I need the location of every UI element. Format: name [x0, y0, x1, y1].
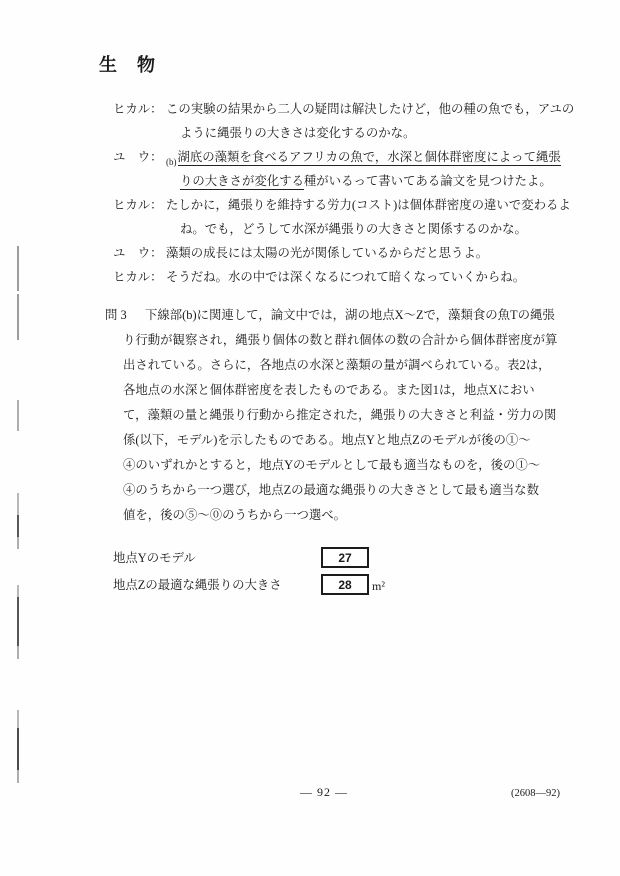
dialogue-line: りの大きさが変化する種がいるって書いてある論文を見つけたよ。	[0, 169, 620, 193]
question-text: 各地点の水深と個体群密度を表したものである。また図1は，地点Xにおい	[123, 383, 535, 397]
scan-artifact	[17, 646, 19, 659]
question-line: 出されている。さらに，各地点の水深と藻類の量が調べられている。表2は，	[0, 353, 620, 378]
dialogue-text: この実験の結果から二人の疑問は解決したけど，他の種の魚でも，アユの	[166, 102, 574, 116]
speaker-label: ユ ウ：	[113, 241, 166, 265]
answer-row-y-model: 地点Yのモデル 27	[0, 547, 620, 569]
dialogue-text: 藻類の成長には太陽の光が関係しているからだと思うよ。	[166, 246, 488, 260]
dialogue-section: ヒカル：この実験の結果から二人の疑問は解決したけど，他の種の魚でも，アユの よう…	[0, 97, 620, 289]
answer-number-box: 27	[321, 547, 369, 568]
speaker-label: ヒカル：	[113, 97, 166, 121]
question-line: て，藻類の量と縄張り行動から推定された，縄張りの大きさと利益・労力の関	[0, 403, 620, 428]
question-text: り行動が観察され，縄張り個体の数と群れ個体の数の合計から個体群密度が算	[123, 333, 557, 347]
scan-artifact	[17, 585, 19, 597]
question-text: 値を，後の⑤～⓪のうちから一つ選べ。	[123, 508, 346, 522]
scan-artifact	[17, 515, 19, 537]
question-line: り行動が観察され，縄張り個体の数と群れ個体の数の合計から個体群密度が算	[0, 328, 620, 353]
answer-label: 地点Yのモデル	[113, 547, 196, 569]
dialogue-line: ヒカル：そうだね。水の中では深くなるにつれて暗くなっていくからね。	[0, 265, 620, 289]
question-line: 問 3下線部(b)に関連して，論文中では，湖の地点X～Zで，藻類食の魚Tの縄張	[0, 303, 620, 328]
scan-artifact	[17, 770, 19, 783]
question-text: ④のうちから一つ選び，地点Zの最適な縄張りの大きさとして最も適当な数	[123, 483, 539, 497]
underlined-text: りの大きさが変化する	[180, 174, 304, 190]
question-line: 各地点の水深と個体群密度を表したものである。また図1は，地点Xにおい	[0, 378, 620, 403]
scan-artifact	[17, 710, 19, 728]
question-3-section: 問 3下線部(b)に関連して，論文中では，湖の地点X～Zで，藻類食の魚Tの縄張 …	[0, 303, 620, 528]
page-title: 生 物	[99, 51, 156, 77]
dialogue-line: ように縄張りの大きさは変化するのかな。	[0, 121, 620, 145]
speaker-label: ヒカル：	[113, 193, 166, 217]
answer-number-box: 28	[321, 574, 369, 595]
scan-artifact	[17, 728, 19, 770]
question-number: 問 3	[105, 303, 145, 328]
question-text: 係(以下，モデル)を示したものである。地点Yと地点Zのモデルが後の①～	[123, 433, 531, 447]
document-code: (2608—92)	[511, 788, 560, 799]
exam-page: 生 物 ヒカル：この実験の結果から二人の疑問は解決したけど，他の種の魚でも，アユ…	[0, 0, 620, 876]
dialogue-text: ね。でも，どうして水深が縄張りの大きさと関係するのかな。	[180, 222, 527, 236]
dialogue-text: たしかに，縄張りを維持する労力(コスト)は個体群密度の違いで変わるよ	[166, 198, 571, 212]
underline-ref-b: (b)	[166, 157, 177, 167]
question-line: 係(以下，モデル)を示したものである。地点Yと地点Zのモデルが後の①～	[0, 428, 620, 453]
question-text: 下線部(b)に関連して，論文中では，湖の地点X～Zで，藻類食の魚Tの縄張	[145, 308, 555, 322]
page-number: — 92 —	[300, 785, 348, 800]
dialogue-text: そうだね。水の中では深くなるにつれて暗くなっていくからね。	[166, 270, 525, 284]
dialogue-line: ユ ウ：藻類の成長には太陽の光が関係しているからだと思うよ。	[0, 241, 620, 265]
question-line: ④のうちから一つ選び，地点Zの最適な縄張りの大きさとして最も適当な数	[0, 478, 620, 503]
scan-artifact	[17, 493, 19, 515]
dialogue-line: ヒカル：この実験の結果から二人の疑問は解決したけど，他の種の魚でも，アユの	[0, 97, 620, 121]
underlined-text: 湖底の藻類を食べるアフリカの魚で，水深と個体群密度によって縄張	[178, 150, 561, 166]
answer-label: 地点Zの最適な縄張りの大きさ	[113, 574, 282, 596]
dialogue-line: ヒカル：たしかに，縄張りを維持する労力(コスト)は個体群密度の違いで変わるよ	[0, 193, 620, 217]
scan-artifact	[17, 400, 19, 431]
question-line: ④のいずれかとすると，地点Yのモデルとして最も適当なものを，後の①～	[0, 453, 620, 478]
scan-artifact	[17, 597, 19, 646]
answer-row-z-territory-size: 地点Zの最適な縄張りの大きさ 28 m²	[0, 574, 620, 596]
question-text: ④のいずれかとすると，地点Yのモデルとして最も適当なものを，後の①～	[123, 458, 540, 472]
dialogue-text: ように縄張りの大きさは変化するのかな。	[180, 126, 415, 140]
question-text: て，藻類の量と縄張り行動から推定された，縄張りの大きさと利益・労力の関	[123, 408, 556, 422]
scan-artifact	[17, 537, 19, 549]
scan-artifact	[17, 246, 19, 291]
speaker-label: ユ ウ：	[113, 145, 166, 169]
dialogue-text: 種がいるって書いてある論文を見つけたよ。	[304, 174, 552, 188]
speaker-label: ヒカル：	[113, 265, 166, 289]
question-text: 出されている。さらに，各地点の水深と藻類の量が調べられている。表2は，	[123, 358, 550, 372]
dialogue-line: ね。でも，どうして水深が縄張りの大きさと関係するのかな。	[0, 217, 620, 241]
answer-unit: m²	[372, 574, 385, 598]
scan-artifact	[17, 294, 19, 340]
question-line: 値を，後の⑤～⓪のうちから一つ選べ。	[0, 503, 620, 528]
dialogue-line: ユ ウ：(b)湖底の藻類を食べるアフリカの魚で，水深と個体群密度によって縄張	[0, 145, 620, 169]
